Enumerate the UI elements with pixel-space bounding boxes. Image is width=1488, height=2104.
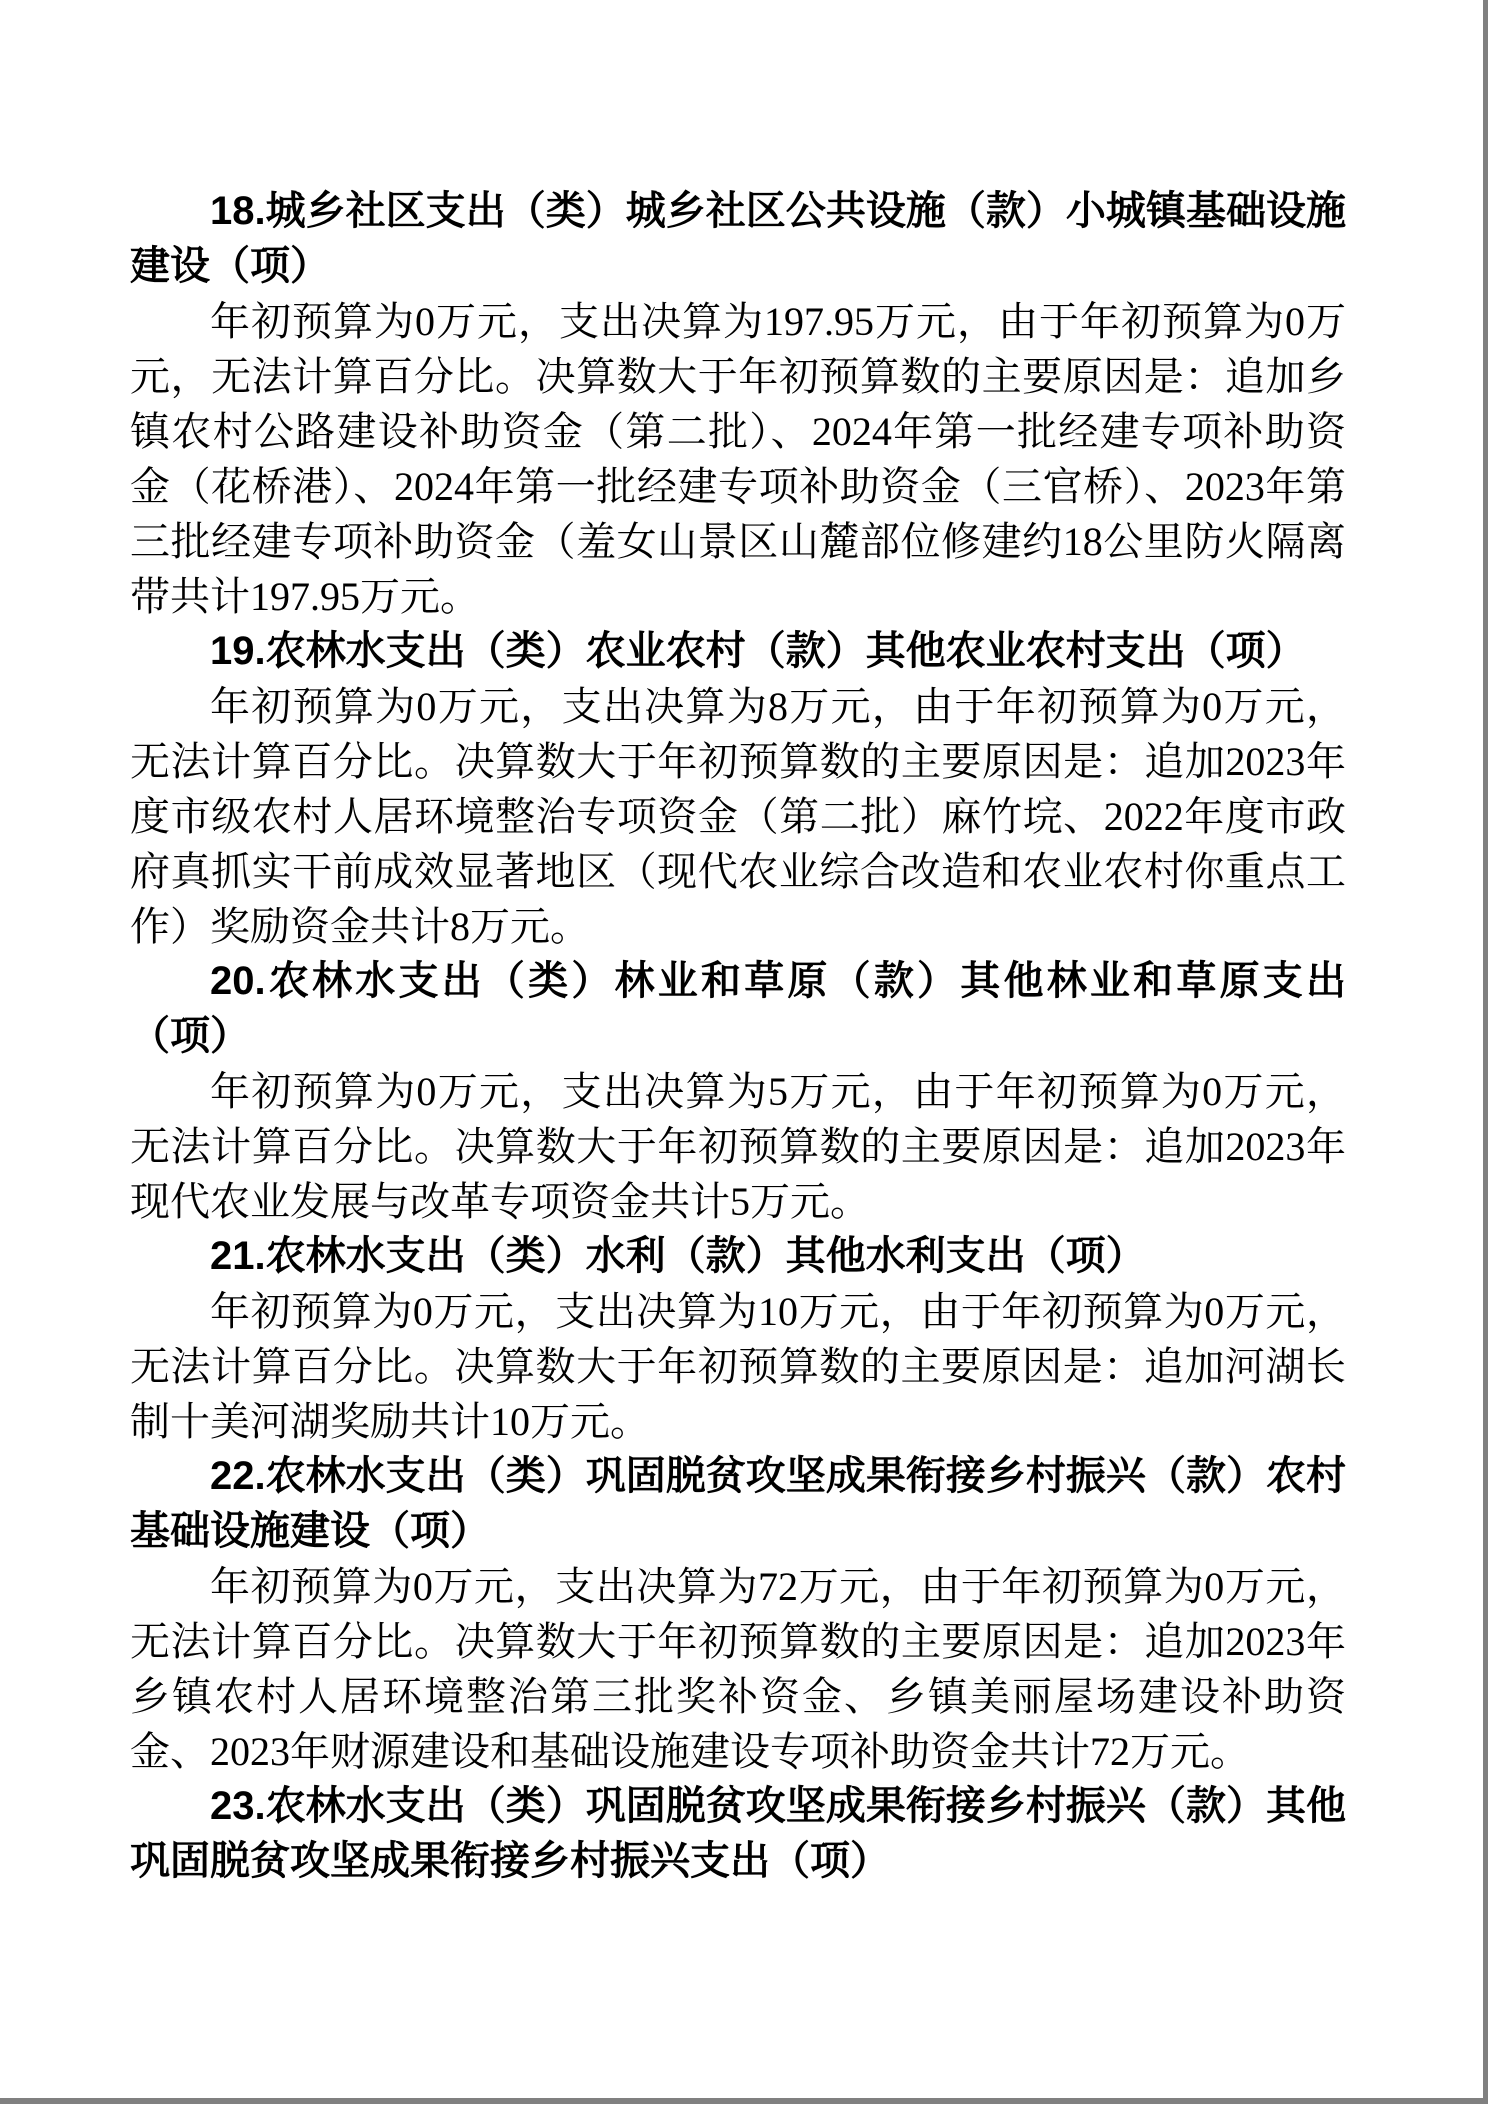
page-edge-right <box>1483 0 1488 2104</box>
section-body: 年初预算为0万元，支出决算为72万元，由于年初预算为0万元，无法计算百分比。决算… <box>130 1559 1346 1779</box>
section-body: 年初预算为0万元，支出决算为197.95万元，由于年初预算为0万元，无法计算百分… <box>130 294 1346 624</box>
section-body: 年初预算为0万元，支出决算为10万元，由于年初预算为0万元，无法计算百分比。决算… <box>130 1284 1346 1449</box>
budget-item-19: 19.农林水支出（类）农业农村（款）其他农业农村支出（项） 年初预算为0万元，支… <box>130 624 1346 954</box>
budget-item-20: 20.农林水支出（类）林业和草原（款）其他林业和草原支出（项） 年初预算为0万元… <box>130 954 1346 1229</box>
section-heading: 18.城乡社区支出（类）城乡社区公共设施（款）小城镇基础设施建设（项） <box>130 184 1346 294</box>
budget-item-23: 23.农林水支出（类）巩固脱贫攻坚成果衔接乡村振兴（款）其他巩固脱贫攻坚成果衔接… <box>130 1779 1346 1889</box>
section-body: 年初预算为0万元，支出决算为8万元，由于年初预算为0万元，无法计算百分比。决算数… <box>130 679 1346 954</box>
section-heading: 20.农林水支出（类）林业和草原（款）其他林业和草原支出（项） <box>130 954 1346 1064</box>
page-edge-bottom <box>0 2098 1488 2104</box>
budget-item-21: 21.农林水支出（类）水利（款）其他水利支出（项） 年初预算为0万元，支出决算为… <box>130 1229 1346 1449</box>
section-body: 年初预算为0万元，支出决算为5万元，由于年初预算为0万元，无法计算百分比。决算数… <box>130 1064 1346 1229</box>
budget-item-22: 22.农林水支出（类）巩固脱贫攻坚成果衔接乡村振兴（款）农村基础设施建设（项） … <box>130 1449 1346 1779</box>
section-heading: 23.农林水支出（类）巩固脱贫攻坚成果衔接乡村振兴（款）其他巩固脱贫攻坚成果衔接… <box>130 1779 1346 1889</box>
budget-item-18: 18.城乡社区支出（类）城乡社区公共设施（款）小城镇基础设施建设（项） 年初预算… <box>130 184 1346 624</box>
section-heading: 22.农林水支出（类）巩固脱贫攻坚成果衔接乡村振兴（款）农村基础设施建设（项） <box>130 1449 1346 1559</box>
section-heading: 21.农林水支出（类）水利（款）其他水利支出（项） <box>130 1229 1346 1284</box>
document-page: 18.城乡社区支出（类）城乡社区公共设施（款）小城镇基础设施建设（项） 年初预算… <box>0 0 1488 2104</box>
document-content: 18.城乡社区支出（类）城乡社区公共设施（款）小城镇基础设施建设（项） 年初预算… <box>130 184 1346 1889</box>
section-heading: 19.农林水支出（类）农业农村（款）其他农业农村支出（项） <box>130 624 1346 679</box>
